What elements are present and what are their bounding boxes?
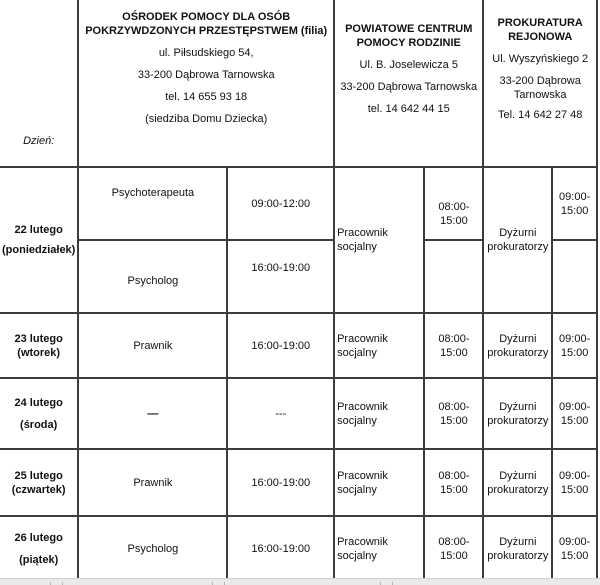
org1-role: Psycholog	[78, 516, 227, 582]
org3-role: Dyżurni prokuratorzy	[483, 449, 552, 516]
table-row: 24 lutego (środa) — --- Pracownik socjal…	[0, 378, 597, 449]
org2-role: Pracownik socjalny	[334, 313, 424, 378]
org2-hours: 08:00-15:00	[424, 313, 483, 378]
header-row: Dzień: OŚRODEK POMOCY DLA OSÓB POKRZYWDZ…	[0, 0, 597, 167]
org2-role: Pracownik socjalny	[334, 167, 424, 313]
org1-hours: ---	[227, 378, 334, 449]
org3-hours-empty	[552, 240, 597, 313]
table-row: 23 lutego (wtorek) Prawnik 16:00-19:00 P…	[0, 313, 597, 378]
day-weekday: (piątek)	[2, 553, 75, 567]
org1-title: OŚRODEK POMOCY DLA OSÓB POKRZYWDZONYCH P…	[81, 10, 331, 38]
org2-hours: 08:00-15:00	[424, 516, 483, 582]
org1-role: —	[78, 378, 227, 449]
org1-header: OŚRODEK POMOCY DLA OSÓB POKRZYWDZONYCH P…	[78, 0, 334, 167]
day-cell: 26 lutego (piątek)	[0, 516, 78, 582]
day-weekday: (czwartek)	[2, 483, 75, 497]
org2-role: Pracownik socjalny	[334, 378, 424, 449]
org1-phone: tel. 14 655 93 18	[81, 90, 331, 104]
day-date: 22 lutego	[2, 223, 75, 237]
org3-address: Ul. Wyszyńskiego 2	[486, 52, 594, 66]
org3-title: PROKURATURA REJONOWA	[486, 16, 594, 44]
org1-hours: 16:00-19:00	[227, 516, 334, 582]
org3-hours: 09:00-15:00	[552, 378, 597, 449]
org3-role: Dyżurni prokuratorzy	[483, 313, 552, 378]
day-weekday: (środa)	[2, 418, 75, 432]
day-date: 23 lutego	[2, 332, 75, 346]
day-cell: 25 lutego (czwartek)	[0, 449, 78, 516]
org1-hours: 16:00-19:00	[227, 449, 334, 516]
org3-phone: Tel. 14 642 27 48	[486, 108, 594, 122]
org3-city: 33-200 Dąbrowa Tarnowska	[486, 74, 594, 102]
org2-hours: 08:00-15:00	[424, 378, 483, 449]
org3-role: Dyżurni prokuratorzy	[483, 378, 552, 449]
org3-hours: 09:00-15:00	[552, 449, 597, 516]
org2-role: Pracownik socjalny	[334, 516, 424, 582]
org1-hours: 16:00-19:00	[227, 240, 334, 313]
org1-address: ul. Piłsudskiego 54,	[81, 46, 331, 60]
day-weekday: (wtorek)	[2, 346, 75, 360]
day-cell: 22 lutego (poniedziałek)	[0, 167, 78, 313]
bottom-edge-strip	[0, 578, 600, 585]
org1-role: Prawnik	[78, 449, 227, 516]
day-cell: 23 lutego (wtorek)	[0, 313, 78, 378]
org3-role: Dyżurni prokuratorzy	[483, 516, 552, 582]
day-weekday: (poniedziałek)	[2, 243, 75, 257]
org3-role: Dyżurni prokuratorzy	[483, 167, 552, 313]
org3-hours: 09:00-15:00	[552, 313, 597, 378]
org1-role: Psycholog	[78, 240, 227, 313]
org2-title: POWIATOWE CENTRUM POMOCY RODZINIE	[337, 22, 480, 50]
org2-address: Ul. B. Joselewicza 5	[337, 58, 480, 72]
schedule-table: Dzień: OŚRODEK POMOCY DLA OSÓB POKRZYWDZ…	[0, 0, 598, 583]
org2-hours: 08:00-15:00	[424, 449, 483, 516]
org3-header: PROKURATURA REJONOWA Ul. Wyszyńskiego 2 …	[483, 0, 597, 167]
org2-phone: tel. 14 642 44 15	[337, 102, 480, 116]
table-row: 25 lutego (czwartek) Prawnik 16:00-19:00…	[0, 449, 597, 516]
org1-hours: 09:00-12:00	[227, 167, 334, 240]
org1-role: Prawnik	[78, 313, 227, 378]
day-date: 26 lutego	[2, 531, 75, 545]
table-row: 26 lutego (piątek) Psycholog 16:00-19:00…	[0, 516, 597, 582]
org1-hours: 16:00-19:00	[227, 313, 334, 378]
org3-hours: 09:00-15:00	[552, 516, 597, 582]
day-date: 25 lutego	[2, 469, 75, 483]
org2-hours-empty	[424, 240, 483, 313]
org1-note: (siedziba Domu Dziecka)	[81, 112, 331, 126]
org3-hours: 09:00-15:00	[552, 167, 597, 240]
org1-city: 33-200 Dąbrowa Tarnowska	[81, 68, 331, 82]
org2-city: 33-200 Dąbrowa Tarnowska	[337, 80, 480, 94]
day-cell: 24 lutego (środa)	[0, 378, 78, 449]
day-column-header: Dzień:	[0, 0, 78, 167]
day-date: 24 lutego	[2, 396, 75, 410]
org1-role: Psychoterapeuta	[78, 167, 227, 240]
org2-header: POWIATOWE CENTRUM POMOCY RODZINIE Ul. B.…	[334, 0, 483, 167]
org2-hours: 08:00-15:00	[424, 167, 483, 240]
org2-role: Pracownik socjalny	[334, 449, 424, 516]
table-row: 22 lutego (poniedziałek) Psychoterapeuta…	[0, 167, 597, 240]
